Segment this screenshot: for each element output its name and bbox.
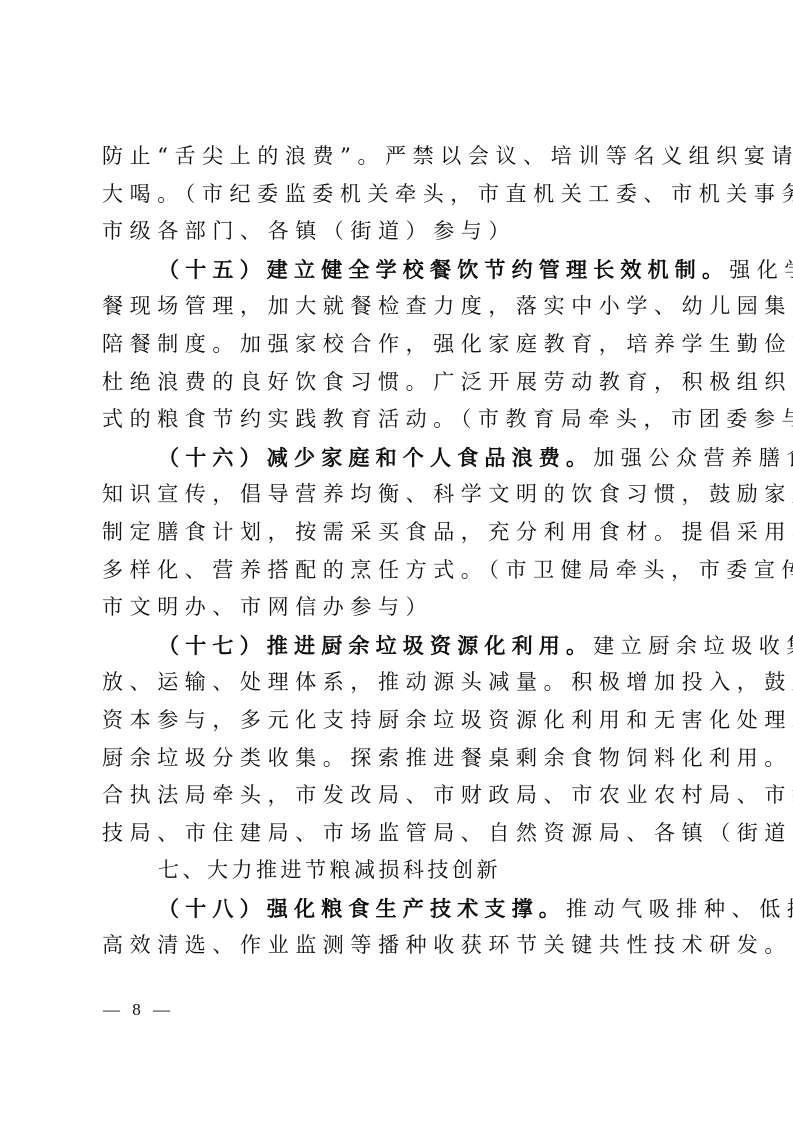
paragraph-line: 资本参与，多元化支持厨余垃圾资源化利用和无害化处理。做好 [102,702,692,740]
section-15-line: （十五）建立健全学校餐饮节约管理长效机制。强化学校就 [102,251,692,289]
paragraph-line: 放、运输、处理体系，推动源头减量。积极增加投入，鼓励社会 [102,664,692,702]
page-number: — 8 — [103,1000,174,1020]
section-15-title: （十五）建立健全学校餐饮节约管理长效机制。 [158,257,729,282]
section-16-title: （十六）减少家庭和个人食品浪费。 [158,445,593,470]
paragraph-line: 陪餐制度。加强家校合作，强化家庭教育，培养学生勤俭节约、 [102,326,692,364]
paragraph-line: 高效清选、作业监测等播种收获环节关键共性技术研发。突破地 [102,927,692,965]
paragraph-line: 餐现场管理，加大就餐检查力度，落实中小学、幼儿园集中用餐 [102,288,692,326]
section-17-line: （十七）推进厨余垃圾资源化利用。建立厨余垃圾收集、投 [102,627,692,665]
section-18-title: （十八）强化粮食生产技术支撑。 [158,896,566,921]
paragraph-line: 知识宣传，倡导营养均衡、科学文明的饮食习惯，鼓励家庭科学 [102,476,692,514]
section-16-line: （十六）减少家庭和个人食品浪费。加强公众营养膳食科普 [102,439,692,477]
chapter-7-heading: 七、大力推进节粮减损科技创新 [102,852,692,890]
section-18-text: 推动气吸排种、低损喂入、 [566,897,793,921]
paragraph-line: 市文明办、市网信办参与） [102,589,692,627]
paragraph-line: 合执法局牵头，市发改局、市财政局、市农业农村局、市经信科 [102,777,692,815]
paragraph-line: 式的粮食节约实践教育活动。（市教育局牵头，市团委参与） [102,401,692,439]
document-page: 防止“舌尖上的浪费”。严禁以会议、培训等名义组织宴请或大吃 大喝。（市纪委监委机… [102,138,692,965]
section-18-line: （十八）强化粮食生产技术支撑。推动气吸排种、低损喂入、 [102,890,692,928]
section-17-text: 建立厨余垃圾收集、投 [593,634,793,658]
paragraph-line: 市级各部门、各镇（街道）参与） [102,213,692,251]
paragraph-line: 多样化、营养搭配的烹任方式。（市卫健局牵头，市委宣传部、 [102,552,692,590]
section-15-text: 强化学校就 [729,258,793,282]
section-17-title: （十七）推进厨余垃圾资源化利用。 [158,633,593,658]
paragraph-line: 大喝。（市纪委监委机关牵头，市直机关工委、市机关事务中心、 [102,176,692,214]
paragraph-line: 杜绝浪费的良好饮食习惯。广泛开展劳动教育，积极组织多种形 [102,364,692,402]
section-16-text: 加强公众营养膳食科普 [593,446,793,470]
paragraph-line: 防止“舌尖上的浪费”。严禁以会议、培训等名义组织宴请或大吃 [102,138,692,176]
paragraph-line: 技局、市住建局、市场监管局、自然资源局、各镇（街道）参与） [102,815,692,853]
paragraph-line: 厨余垃圾分类收集。探索推进餐桌剩余食物饲料化利用。（市综 [102,740,692,778]
paragraph-line: 制定膳食计划，按需采买食品，充分利用食材。提倡采用小分量、 [102,514,692,552]
